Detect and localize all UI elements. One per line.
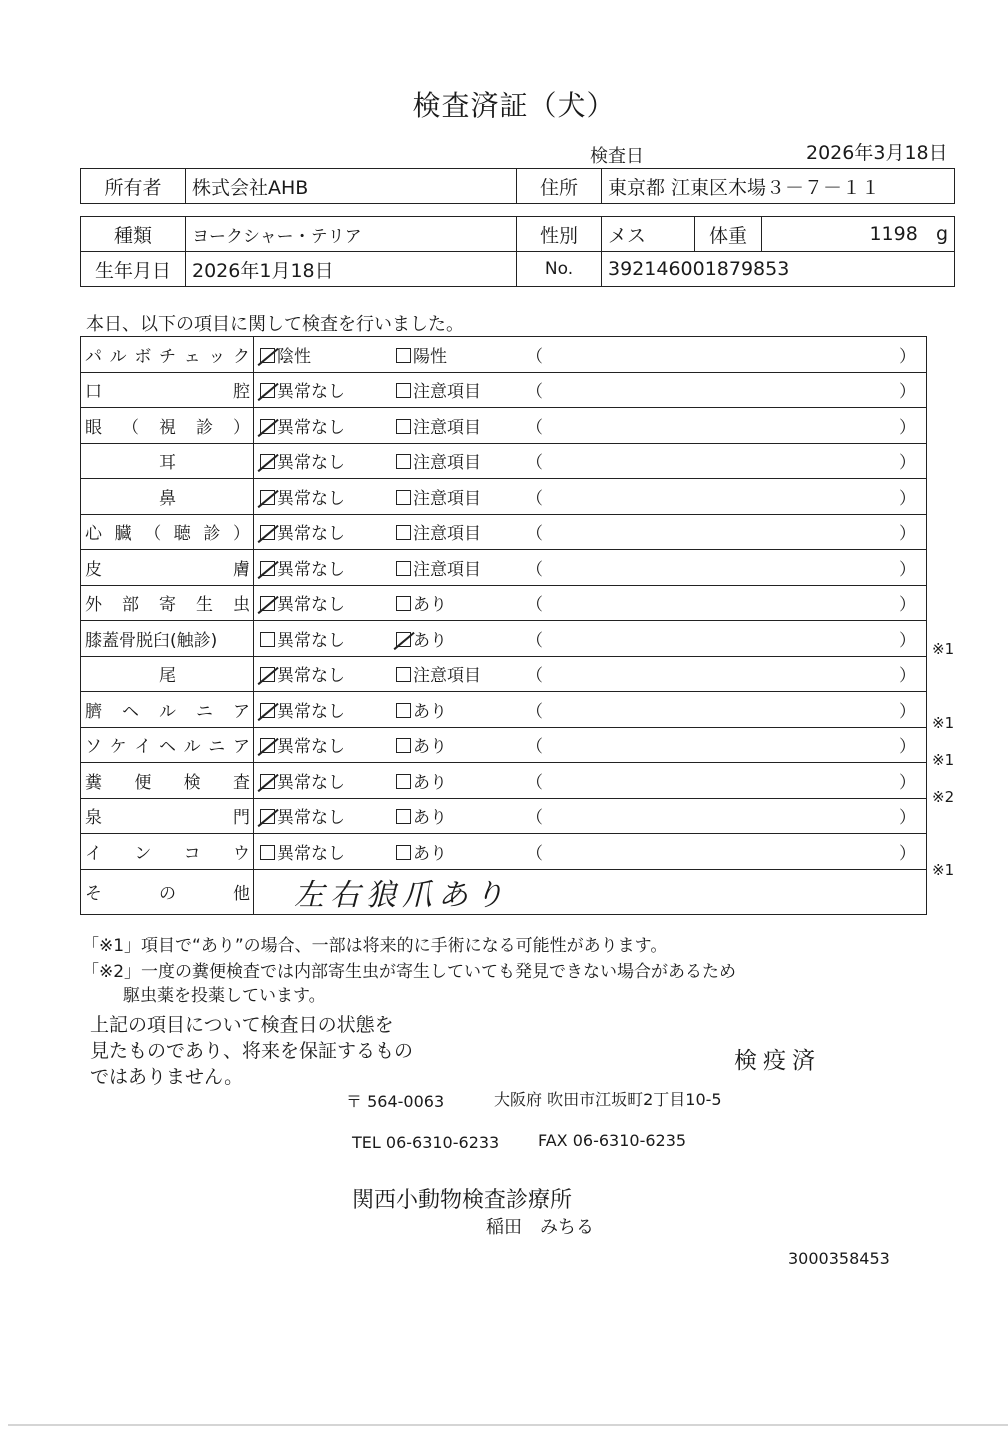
check-row: 口腔異常なし注意項目（） xyxy=(81,372,927,408)
option-abnormal: あり xyxy=(396,798,526,834)
pet-table: 種類 ヨークシャー・テリア 性別 メス 体重 1198 g 生年月日 2026年… xyxy=(80,216,955,287)
checkbox-icon[interactable] xyxy=(396,738,411,753)
option-label: あり xyxy=(413,631,447,651)
birth-label: 生年月日 xyxy=(81,252,186,287)
option-normal: 異常なし xyxy=(254,834,397,870)
clinic-fax: FAX 06-6310-6235 xyxy=(538,1131,686,1150)
check-item-label: 眼（視診） xyxy=(81,408,254,444)
checkbox-icon[interactable] xyxy=(396,667,411,682)
checkbox-checked-icon[interactable] xyxy=(396,632,411,647)
checkbox-checked-icon[interactable] xyxy=(260,667,275,682)
option-normal: 異常なし xyxy=(254,550,397,586)
option-abnormal: あり xyxy=(396,585,526,621)
remarks-field[interactable]: （） xyxy=(526,621,927,657)
checkbox-icon[interactable] xyxy=(396,703,411,718)
remarks-field[interactable]: （） xyxy=(526,514,927,550)
quarantine-stamp: 検疫済 xyxy=(734,1042,821,1075)
check-row: 皮膚異常なし注意項目（） xyxy=(81,550,927,586)
birth-value: 2026年1月18日 xyxy=(186,252,517,287)
checkbox-icon[interactable] xyxy=(396,490,411,505)
option-label: 異常なし xyxy=(277,666,345,686)
checkbox-icon[interactable] xyxy=(396,348,411,363)
option-label: 異常なし xyxy=(277,489,345,509)
option-abnormal: 注意項目 xyxy=(396,443,526,479)
remarks-field[interactable]: （） xyxy=(526,408,927,444)
sex-label: 性別 xyxy=(517,217,602,252)
check-item-label: 外部寄生虫 xyxy=(81,585,254,621)
note-reference: ※1 xyxy=(932,640,954,658)
check-row: 眼（視診）異常なし注意項目（） xyxy=(81,408,927,444)
option-label: 異常なし xyxy=(277,808,345,828)
check-row: 鼻異常なし注意項目（） xyxy=(81,479,927,515)
breed-value: ヨークシャー・テリア xyxy=(186,217,517,252)
check-row: 外部寄生虫異常なしあり（） xyxy=(81,585,927,621)
remarks-field[interactable]: （） xyxy=(526,479,927,515)
weight-unit: g xyxy=(936,223,948,245)
option-label: あり xyxy=(413,773,447,793)
check-row: 尾異常なし注意項目（） xyxy=(81,656,927,692)
no-value: 392146001879853 xyxy=(602,252,955,287)
option-abnormal: あり xyxy=(396,621,526,657)
note-reference: ※1 xyxy=(932,714,954,732)
check-item-label: 尾 xyxy=(81,656,254,692)
option-normal: 異常なし xyxy=(254,585,397,621)
option-abnormal: 注意項目 xyxy=(396,656,526,692)
remarks-field[interactable]: （） xyxy=(526,727,927,763)
check-item-label: 耳 xyxy=(81,443,254,479)
option-abnormal: 注意項目 xyxy=(396,372,526,408)
sex-value: メス xyxy=(602,217,695,252)
option-label: 注意項目 xyxy=(413,560,481,580)
option-abnormal: 陽性 xyxy=(396,337,526,373)
option-label: 注意項目 xyxy=(413,489,481,509)
disclaimer-line3: ではありません。 xyxy=(90,1064,243,1090)
option-abnormal: 注意項目 xyxy=(396,550,526,586)
breed-label: 種類 xyxy=(81,217,186,252)
option-normal: 異常なし xyxy=(254,443,397,479)
handwritten-remark: 左右狼爪あり xyxy=(254,878,510,913)
checkbox-checked-icon[interactable] xyxy=(260,561,275,576)
option-abnormal: あり xyxy=(396,692,526,728)
checkbox-icon[interactable] xyxy=(396,525,411,540)
note-reference: ※1 xyxy=(932,751,954,769)
option-normal: 異常なし xyxy=(254,408,397,444)
remarks-field[interactable]: （） xyxy=(526,372,927,408)
option-normal: 陰性 xyxy=(254,337,397,373)
checkbox-checked-icon[interactable] xyxy=(260,596,275,611)
option-label: 異常なし xyxy=(277,418,345,438)
option-label: あり xyxy=(413,844,447,864)
serial-number: 3000358453 xyxy=(788,1249,890,1268)
check-item-label: 膝蓋骨脱臼(触診) xyxy=(81,621,254,657)
option-label: 異常なし xyxy=(277,702,345,722)
clinic-name: 関西小動物検査診療所 xyxy=(352,1183,572,1214)
checks-intro: 本日、以下の項目に関して検査を行いました。 xyxy=(86,310,464,336)
option-normal: 異常なし xyxy=(254,479,397,515)
checkbox-checked-icon[interactable] xyxy=(260,383,275,398)
option-abnormal: あり xyxy=(396,727,526,763)
footnote-1: 「※1」項目で“あり”の場合、一部は将来的に手術になる可能性があります。 xyxy=(82,931,667,956)
checkbox-icon[interactable] xyxy=(260,632,275,647)
option-abnormal: あり xyxy=(396,763,526,799)
option-normal: 異常なし xyxy=(254,692,397,728)
check-item-label: 鼻 xyxy=(81,479,254,515)
check-row: 泉門異常なしあり（） xyxy=(81,798,927,834)
checkbox-icon[interactable] xyxy=(396,419,411,434)
option-label: 注意項目 xyxy=(413,418,481,438)
weight-label: 体重 xyxy=(695,217,762,252)
address-label: 住所 xyxy=(517,169,602,204)
disclaimer-line2: 見たものであり、将来を保証するもの xyxy=(90,1038,413,1064)
checkbox-checked-icon[interactable] xyxy=(260,774,275,789)
clinic-tel: TEL 06-6310-6233 xyxy=(352,1133,499,1152)
option-label: 異常なし xyxy=(277,453,345,473)
check-row: 耳異常なし注意項目（） xyxy=(81,443,927,479)
remarks-field[interactable]: （） xyxy=(526,834,927,870)
option-label: 注意項目 xyxy=(413,524,481,544)
option-label: あり xyxy=(413,808,447,828)
option-label: 陰性 xyxy=(277,347,311,367)
option-label: 異常なし xyxy=(277,382,345,402)
remarks-field[interactable]: （） xyxy=(526,656,927,692)
option-label: 異常なし xyxy=(277,631,345,651)
remarks-field[interactable]: （） xyxy=(526,337,927,373)
note-reference: ※1 xyxy=(932,861,954,879)
disclaimer-line1: 上記の項目について検査日の状態を xyxy=(90,1012,394,1038)
option-label: 注意項目 xyxy=(413,382,481,402)
owner-value: 株式会社AHB xyxy=(186,169,517,204)
option-normal: 異常なし xyxy=(254,372,397,408)
option-label: 異常なし xyxy=(277,737,345,757)
remarks-field[interactable]: （） xyxy=(526,763,927,799)
checkbox-icon[interactable] xyxy=(396,596,411,611)
option-normal: 異常なし xyxy=(254,798,397,834)
option-abnormal: 注意項目 xyxy=(396,408,526,444)
checkbox-icon[interactable] xyxy=(396,809,411,824)
checkbox-icon[interactable] xyxy=(260,845,275,860)
check-item-label: インコウ xyxy=(81,834,254,870)
checkbox-icon[interactable] xyxy=(396,383,411,398)
checkbox-icon[interactable] xyxy=(396,561,411,576)
option-normal: 異常なし xyxy=(254,514,397,550)
check-item-label: 口腔 xyxy=(81,372,254,408)
checkbox-checked-icon[interactable] xyxy=(260,490,275,505)
check-row: 膝蓋骨脱臼(触診)異常なしあり（） xyxy=(81,621,927,657)
other-remarks-field[interactable]: 左右狼爪あり xyxy=(254,869,927,914)
weight-cell: 1198 g xyxy=(762,217,955,252)
option-label: 異常なし xyxy=(277,524,345,544)
weight-value: 1198 xyxy=(869,223,917,245)
option-label: あり xyxy=(413,595,447,615)
checkbox-icon[interactable] xyxy=(396,454,411,469)
checkbox-checked-icon[interactable] xyxy=(260,703,275,718)
owner-label: 所有者 xyxy=(81,169,186,204)
option-label: あり xyxy=(413,702,447,722)
address-value: 東京都 江東区木場３－７－１１ xyxy=(602,169,955,204)
vet-name: 稲田 みちる xyxy=(486,1213,594,1239)
check-item-label: パルボチェック xyxy=(81,337,254,373)
no-label: No. xyxy=(517,252,602,287)
option-normal: 異常なし xyxy=(254,656,397,692)
clinic-address: 大阪府 吹田市江坂町2丁目10-5 xyxy=(494,1087,722,1110)
remarks-field[interactable]: （） xyxy=(526,692,927,728)
check-item-label: 泉門 xyxy=(81,798,254,834)
check-item-label: 心臓（聴診） xyxy=(81,514,254,550)
checkbox-checked-icon[interactable] xyxy=(260,525,275,540)
check-item-label: 糞便検査 xyxy=(81,763,254,799)
check-row: 糞便検査異常なしあり（） xyxy=(81,763,927,799)
note-reference: ※2 xyxy=(932,788,954,806)
option-label: 注意項目 xyxy=(413,666,481,686)
exam-date-label: 検査日 xyxy=(590,142,644,168)
checkbox-checked-icon[interactable] xyxy=(260,809,275,824)
checkbox-checked-icon[interactable] xyxy=(260,738,275,753)
option-normal: 異常なし xyxy=(254,763,397,799)
option-label: 異常なし xyxy=(277,844,345,864)
check-row: パルボチェック陰性陽性（） xyxy=(81,337,927,373)
remarks-field[interactable]: （） xyxy=(526,443,927,479)
option-label: 異常なし xyxy=(277,773,345,793)
other-label: その他 xyxy=(81,869,254,914)
check-row: ソケイヘルニア異常なしあり（） xyxy=(81,727,927,763)
option-label: 異常なし xyxy=(277,560,345,580)
check-item-label: 皮膚 xyxy=(81,550,254,586)
option-label: 注意項目 xyxy=(413,453,481,473)
checkbox-icon[interactable] xyxy=(396,774,411,789)
owner-table: 所有者 株式会社AHB 住所 東京都 江東区木場３－７－１１ xyxy=(80,168,955,204)
option-abnormal: 注意項目 xyxy=(396,479,526,515)
remarks-field[interactable]: （） xyxy=(526,550,927,586)
footnote-2-line1: 「※2」一度の糞便検査では内部寄生虫が寄生していても発見できない場合があるため xyxy=(82,957,736,982)
check-row: インコウ異常なしあり（） xyxy=(81,834,927,870)
option-label: あり xyxy=(413,737,447,757)
option-abnormal: 注意項目 xyxy=(396,514,526,550)
check-item-label: 臍ヘルニア xyxy=(81,692,254,728)
check-row: 心臓（聴診）異常なし注意項目（） xyxy=(81,514,927,550)
remarks-field[interactable]: （） xyxy=(526,798,927,834)
option-label: 陽性 xyxy=(413,347,447,367)
check-row-other: その他左右狼爪あり xyxy=(81,869,927,914)
option-normal: 異常なし xyxy=(254,621,397,657)
footnote-2-line2: 駆虫薬を投薬しています。 xyxy=(123,981,326,1006)
remarks-field[interactable]: （） xyxy=(526,585,927,621)
checkbox-icon[interactable] xyxy=(396,845,411,860)
exam-date-value: 2026年3月18日 xyxy=(806,138,948,165)
clinic-postal: 〒 564-0063 xyxy=(346,1089,444,1112)
option-label: 異常なし xyxy=(277,595,345,615)
check-item-label: ソケイヘルニア xyxy=(81,727,254,763)
check-row: 臍ヘルニア異常なしあり（） xyxy=(81,692,927,728)
document-title: 検査済証（犬） xyxy=(0,84,1008,124)
option-abnormal: あり xyxy=(396,834,526,870)
checkbox-checked-icon[interactable] xyxy=(260,454,275,469)
option-normal: 異常なし xyxy=(254,727,397,763)
checkbox-checked-icon[interactable] xyxy=(260,419,275,434)
scan-edge-line xyxy=(8,1424,1008,1426)
checks-table: パルボチェック陰性陽性（）口腔異常なし注意項目（）眼（視診）異常なし注意項目（）… xyxy=(80,336,927,915)
checkbox-checked-icon[interactable] xyxy=(260,348,275,363)
